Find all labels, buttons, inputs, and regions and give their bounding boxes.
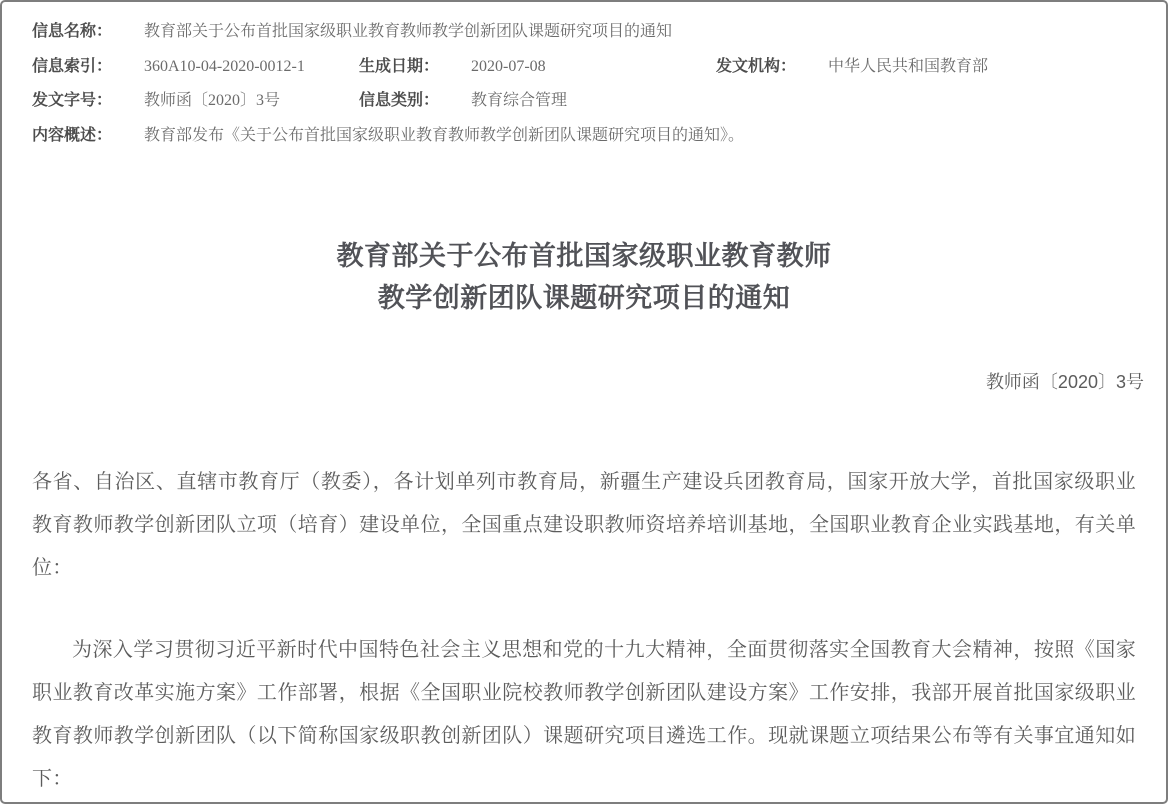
meta-index-label: 信息索引：	[32, 50, 144, 85]
addressees-paragraph: 各省、自治区、直辖市教育厅（教委），各计划单列市教育局，新疆生产建设兵团教育局，…	[32, 461, 1136, 590]
meta-row-docnum-category: 发文字号： 教师函〔2020〕3号 信息类别： 教育综合管理	[32, 84, 1138, 119]
body-paragraph: 为深入学习贯彻习近平新时代中国特色社会主义思想和党的十九大精神，全面贯彻落实全国…	[32, 629, 1136, 801]
meta-row-index-date-org: 信息索引： 360A10-04-2020-0012-1 生成日期： 2020-0…	[32, 50, 1138, 85]
meta-date-value: 2020-07-08	[471, 50, 716, 85]
document-title-line1: 教育部关于公布首批国家级职业教育教师	[2, 235, 1166, 277]
document-meta-block: 信息名称： 教育部关于公布首批国家级职业教育教师教学创新团队课题研究项目的通知 …	[2, 2, 1166, 153]
meta-row-name: 信息名称： 教育部关于公布首批国家级职业教育教师教学创新团队课题研究项目的通知	[32, 15, 1138, 50]
meta-summary-value: 教育部发布《关于公布首批国家级职业教育教师教学创新团队课题研究项目的通知》。	[144, 119, 1138, 154]
meta-docnum-value: 教师函〔2020〕3号	[144, 84, 359, 119]
meta-summary-label: 内容概述：	[32, 119, 144, 154]
meta-row-summary: 内容概述： 教育部发布《关于公布首批国家级职业教育教师教学创新团队课题研究项目的…	[32, 119, 1138, 154]
meta-category-label: 信息类别：	[359, 84, 471, 119]
meta-date-label: 生成日期：	[359, 50, 471, 85]
meta-org-value: 中华人民共和国教育部	[828, 50, 1138, 85]
meta-index-value: 360A10-04-2020-0012-1	[144, 50, 359, 85]
meta-docnum-label: 发文字号：	[32, 84, 144, 119]
meta-category-value: 教育综合管理	[471, 84, 1138, 119]
meta-org-label: 发文机构：	[716, 50, 828, 85]
document-title-line2: 教学创新团队课题研究项目的通知	[2, 277, 1166, 319]
document-number: 教师函〔2020〕3号	[2, 369, 1166, 395]
document-title: 教育部关于公布首批国家级职业教育教师 教学创新团队课题研究项目的通知	[2, 235, 1166, 319]
meta-name-value: 教育部关于公布首批国家级职业教育教师教学创新团队课题研究项目的通知	[144, 15, 1138, 50]
meta-name-label: 信息名称：	[32, 15, 144, 50]
document-page: 信息名称： 教育部关于公布首批国家级职业教育教师教学创新团队课题研究项目的通知 …	[0, 0, 1168, 804]
